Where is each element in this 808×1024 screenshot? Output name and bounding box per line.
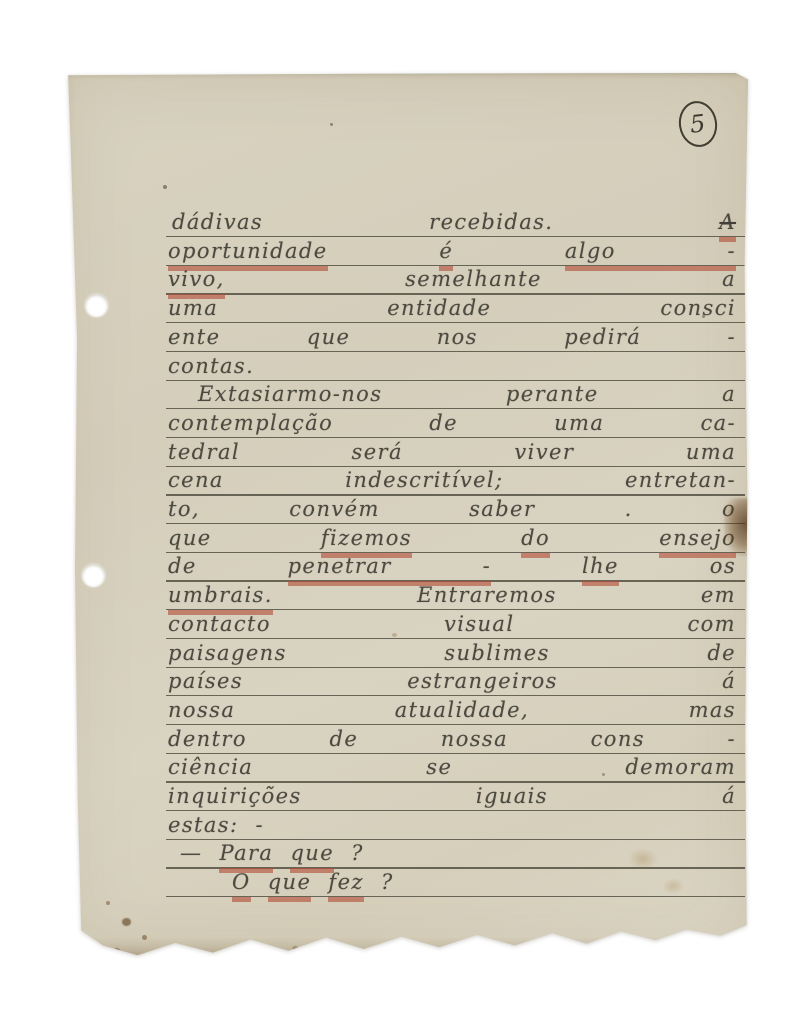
speck: [602, 773, 605, 776]
manuscript-line: to, convém saber . o: [168, 496, 736, 523]
manuscript-line: estas: -: [168, 812, 736, 839]
manuscript-line: contacto visual com: [168, 611, 736, 638]
handwritten-word: cons -: [591, 727, 736, 751]
handwritten-word: ?: [381, 870, 394, 894]
handwritten-word: Entraremos: [417, 583, 557, 607]
handwritten-word: nossa: [168, 698, 235, 722]
handwritten-word: entidade: [387, 296, 491, 320]
handwritten-word: mas: [689, 698, 736, 722]
handwritten-word: de: [429, 411, 458, 435]
handwritten-word: O: [232, 870, 251, 902]
manuscript-line: paisagens sublimes de: [168, 640, 736, 667]
manuscript-line: contemplação de uma ca-: [168, 410, 736, 437]
manuscript-line: ciência se demoram: [168, 754, 736, 781]
manuscript-line: tedral será viver uma: [168, 439, 736, 466]
handwritten-word: ente: [168, 325, 220, 349]
manuscript-line: ente que nos pedirá -: [168, 324, 736, 351]
handwritten-word: contas.: [168, 354, 254, 378]
handwritten-word: demoram: [625, 755, 736, 779]
manuscript-line: contas.: [168, 353, 736, 380]
handwritten-word: nos: [437, 325, 478, 349]
left-edge-shading: [62, 747, 78, 867]
handwritten-word: inquirições: [168, 784, 302, 808]
speck: [330, 123, 333, 126]
manuscript-line: dentro de nossa cons -: [168, 726, 736, 753]
handwritten-word: to,: [168, 497, 200, 521]
manuscript-line: nossa atualidade, mas: [168, 697, 736, 724]
handwritten-word: tedral: [168, 440, 240, 464]
handwritten-word: á: [722, 669, 736, 693]
manuscript-line: cena indescritível; entretan-: [168, 467, 736, 494]
handwritten-word: se: [426, 755, 452, 779]
handwritten-word: contacto: [168, 612, 271, 636]
handwritten-word: atualidade,: [395, 698, 529, 722]
handwritten-word: nossa: [441, 727, 508, 751]
handwritten-word: Extasiarmo-nos: [198, 382, 382, 406]
manuscript-line: umbrais. Entraremos em: [168, 582, 736, 609]
handwritten-word: de: [707, 641, 736, 665]
handwritten-word: entretan-: [625, 468, 736, 492]
speck: [106, 901, 110, 905]
manuscript-line: — Para que ?: [180, 840, 736, 867]
handwritten-word: ?: [351, 841, 364, 865]
handwritten-word: cena: [168, 468, 224, 492]
speck: [122, 918, 131, 926]
handwritten-word: estrangeiros: [407, 669, 558, 693]
handwritten-word: os: [710, 554, 736, 578]
handwritten-word: iguais: [476, 784, 548, 808]
handwritten-word: de: [168, 554, 197, 578]
handwritten-word: uma: [168, 296, 218, 320]
handwritten-word: ciência: [168, 755, 253, 779]
handwritten-word: dádivas: [172, 210, 263, 234]
handwritten-word: países: [168, 669, 243, 693]
manuscript-page: dádivas recebidas. Aoportunidade é algo …: [62, 73, 748, 957]
speck: [163, 185, 167, 189]
handwritten-word: que: [307, 325, 351, 349]
handwritten-word: dentro: [168, 727, 247, 751]
manuscript-line: dádivas recebidas. A: [172, 209, 736, 236]
handwritten-word: convém: [289, 497, 380, 521]
manuscript-line: inquirições iguais á: [168, 783, 736, 810]
manuscript-line: oportunidade é algo -: [168, 238, 736, 265]
handwritten-word: que: [268, 870, 312, 902]
handwritten-word: semelhante: [405, 267, 542, 291]
handwritten-word: será: [352, 440, 403, 464]
handwritten-word: á: [722, 784, 736, 808]
handwritten-word: pedirá -: [564, 325, 736, 349]
handwritten-word: uma: [554, 411, 604, 435]
handwritten-word: recebidas.: [429, 210, 553, 234]
handwritten-word: ca-: [700, 411, 736, 435]
manuscript-line: países estrangeiros á: [168, 668, 736, 695]
handwritten-word: .: [625, 497, 633, 521]
handwritten-word: paisagens: [168, 641, 287, 665]
handwritten-word: sublimes: [444, 641, 550, 665]
handwritten-word: em: [701, 583, 736, 607]
speck: [702, 315, 705, 318]
handwritten-word: uma: [686, 440, 736, 464]
handwritten-word: viver: [514, 440, 574, 464]
page-number-circle: 5: [676, 98, 721, 149]
handwritten-word: a: [722, 267, 736, 291]
handwritten-word: a: [722, 382, 736, 406]
manuscript-line: de penetrar - lhe os: [168, 553, 736, 580]
manuscript-line: uma entidade consci: [168, 295, 736, 322]
handwritten-word: saber: [469, 497, 535, 521]
manuscript-line: O que fez ?: [232, 869, 736, 896]
handwritten-word: perante: [506, 382, 599, 406]
handwritten-word: indescritível;: [345, 468, 503, 492]
handwritten-word: consci: [660, 296, 736, 320]
handwritten-word: de: [330, 727, 359, 751]
handwritten-word: fez: [328, 870, 363, 902]
punch-hole-bottom: [82, 564, 105, 587]
manuscript-photo: dádivas recebidas. Aoportunidade é algo …: [0, 0, 808, 1024]
speck: [392, 633, 397, 637]
manuscript-line: que fizemos do ensejo: [168, 525, 736, 552]
punch-hole-top: [85, 294, 108, 317]
handwritten-word: o: [722, 497, 736, 521]
page-number: 5: [689, 109, 707, 138]
ruled-line: [166, 896, 745, 897]
manuscript-line: vivo, semelhante a: [168, 266, 736, 293]
handwritten-word: que: [168, 526, 212, 550]
handwritten-word: contemplação: [168, 411, 333, 435]
manuscript-line: Extasiarmo-nos perante a: [198, 381, 736, 408]
handwritten-word: estas: -: [168, 813, 264, 837]
handwritten-word: com: [687, 612, 736, 636]
handwritten-word: visual: [444, 612, 515, 636]
torn-edge-dirt: [62, 937, 748, 957]
handwritten-word: —: [180, 841, 202, 865]
